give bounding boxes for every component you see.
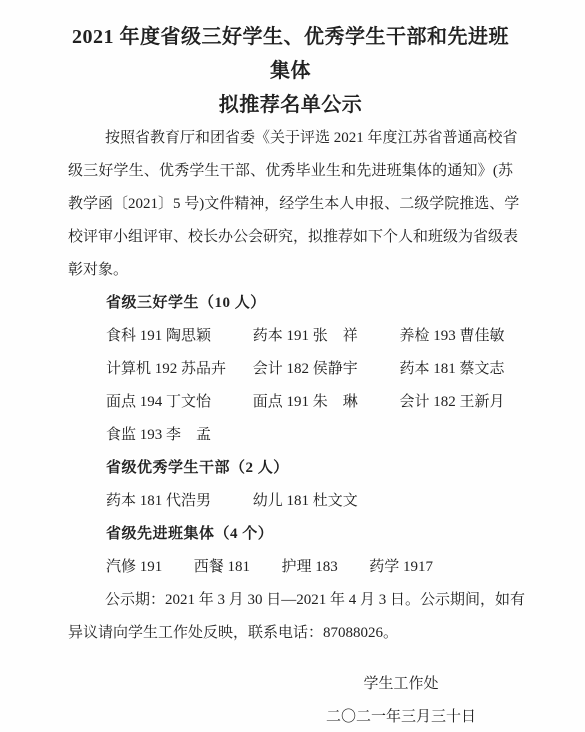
- signature-department: 学生工作处: [289, 668, 513, 701]
- student-entry: 食监 193 李 孟: [106, 419, 211, 452]
- student-entry: 药本 191 张 祥: [253, 320, 396, 353]
- intro-line: 教学函〔2021〕5 号)文件精神，经学生本人申报、二级学院推选、学: [68, 188, 513, 221]
- intro-line: 彰对象。: [68, 254, 513, 287]
- student-entry: 会计 182 王新月: [400, 386, 505, 419]
- class-entry: 护理 183: [282, 551, 366, 584]
- student-entry: 药本 181 蔡文志: [400, 353, 505, 386]
- title-line-1: 2021 年度省级三好学生、优秀学生干部和先进班集体: [68, 20, 513, 88]
- name-row: 面点 194 丁文怡 面点 191 朱 琳 会计 182 王新月: [106, 386, 513, 419]
- section-heading-outstanding-cadres: 省级优秀学生干部（2 人）: [106, 452, 513, 485]
- student-entry: 幼儿 181 杜文文: [253, 485, 358, 518]
- class-row: 汽修 191 西餐 181 护理 183 药学 1917: [106, 551, 513, 584]
- signature-date: 二〇二一年三月三十日: [289, 701, 513, 732]
- class-entry: 西餐 181: [194, 551, 278, 584]
- student-entry: 会计 182 侯静宇: [253, 353, 396, 386]
- notice-line: 公示期：2021 年 3 月 30 日—2021 年 4 月 3 日。公示期间，…: [68, 584, 513, 617]
- intro-line: 按照省教育厅和团省委《关于评选 2021 年度江苏省普通高校省: [68, 122, 513, 155]
- class-entry: 汽修 191: [106, 551, 190, 584]
- title-line-2: 拟推荐名单公示: [68, 88, 513, 122]
- student-entry: 食科 191 陶思颖: [106, 320, 249, 353]
- student-entry: 面点 191 朱 琳: [253, 386, 396, 419]
- student-entry: 药本 181 代浩男: [106, 485, 249, 518]
- section-heading-merit-students: 省级三好学生（10 人）: [106, 287, 513, 320]
- student-entry: 面点 194 丁文怡: [106, 386, 249, 419]
- student-entry: 养检 193 曹佳敏: [400, 320, 505, 353]
- name-row: 计算机 192 苏品卉 会计 182 侯静宇 药本 181 蔡文志: [106, 353, 513, 386]
- class-entry: 药学 1917: [369, 551, 433, 584]
- student-entry: 计算机 192 苏品卉: [106, 353, 249, 386]
- intro-line: 校评审小组评审、校长办公会研究，拟推荐如下个人和班级为省级表: [68, 221, 513, 254]
- name-row: 食监 193 李 孟: [106, 419, 513, 452]
- notice-line: 异议请向学生工作处反映，联系电话：87088026。: [68, 617, 513, 650]
- intro-paragraph: 按照省教育厅和团省委《关于评选 2021 年度江苏省普通高校省 级三好学生、优秀…: [68, 122, 513, 287]
- name-row: 药本 181 代浩男 幼儿 181 杜文文: [106, 485, 513, 518]
- signature-block: 学生工作处 二〇二一年三月三十日: [289, 668, 513, 732]
- notice-paragraph: 公示期：2021 年 3 月 30 日—2021 年 4 月 3 日。公示期间，…: [68, 584, 513, 650]
- document-page: 2021 年度省级三好学生、优秀学生干部和先进班集体 拟推荐名单公示 按照省教育…: [0, 0, 585, 732]
- section-heading-advanced-classes: 省级先进班集体（4 个）: [106, 518, 513, 551]
- document-title: 2021 年度省级三好学生、优秀学生干部和先进班集体 拟推荐名单公示: [68, 20, 513, 122]
- intro-line: 级三好学生、优秀学生干部、优秀毕业生和先进班集体的通知》(苏: [68, 155, 513, 188]
- name-row: 食科 191 陶思颖 药本 191 张 祥 养检 193 曹佳敏: [106, 320, 513, 353]
